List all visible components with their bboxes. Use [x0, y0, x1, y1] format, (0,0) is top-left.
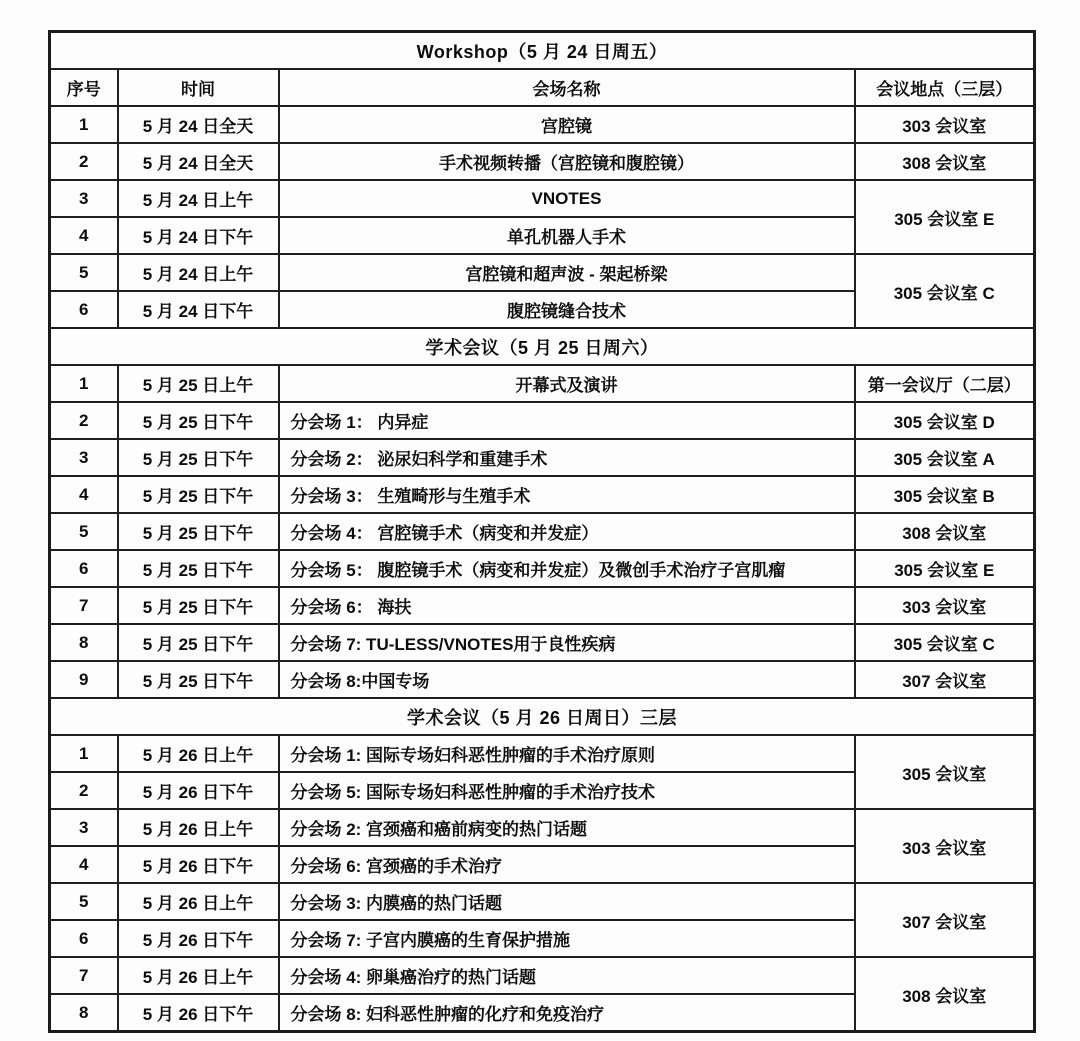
cell-time: 5 月 25 日下午	[118, 402, 279, 439]
cell-time: 5 月 24 日下午	[118, 291, 279, 328]
cell-venue: 305 会议室 C	[855, 624, 1035, 661]
table-row: 2 5 月 25 日下午 分会场 1： 内异症 305 会议室 D	[50, 402, 1035, 439]
table-row: 3 5 月 24 日上午 VNOTES 305 会议室 E	[50, 180, 1035, 217]
table-row: 2 5 月 24 日全天 手术视频转播（宫腔镜和腹腔镜） 308 会议室	[50, 143, 1035, 180]
cell-no: 2	[50, 772, 118, 809]
cell-name: 分会场 7: TU-LESS/VNOTES用于良性疾病	[279, 624, 855, 661]
table-row: 3 5 月 26 日上午 分会场 2: 宫颈癌和癌前病变的热门话题 303 会议…	[50, 809, 1035, 846]
cell-name: 宫腔镜	[279, 106, 855, 143]
table-row: 3 5 月 25 日下午 分会场 2： 泌尿妇科学和重建手术 305 会议室 A	[50, 439, 1035, 476]
cell-time: 5 月 26 日上午	[118, 735, 279, 772]
cell-venue: 305 会议室 E	[855, 550, 1035, 587]
cell-name: 分会场 7: 子宫内膜癌的生育保护措施	[279, 920, 855, 957]
cell-time: 5 月 25 日下午	[118, 587, 279, 624]
col-header-name: 会场名称	[279, 69, 855, 106]
cell-name: 分会场 3： 生殖畸形与生殖手术	[279, 476, 855, 513]
col-header-location: 会议地点（三层）	[855, 69, 1035, 106]
section-title-row: 学术会议（5 月 25 日周六）	[50, 328, 1035, 365]
col-header-no: 序号	[50, 69, 118, 106]
table-row: 1 5 月 25 日上午 开幕式及演讲 第一会议厅（二层）	[50, 365, 1035, 402]
table-row: 1 5 月 24 日全天 宫腔镜 303 会议室	[50, 106, 1035, 143]
cell-venue: 308 会议室	[855, 957, 1035, 1032]
cell-name: 分会场 6: 宫颈癌的手术治疗	[279, 846, 855, 883]
cell-no: 8	[50, 624, 118, 661]
cell-no: 6	[50, 920, 118, 957]
cell-no: 9	[50, 661, 118, 698]
table-row: 6 5 月 25 日下午 分会场 5： 腹腔镜手术（病变和并发症）及微创手术治疗…	[50, 550, 1035, 587]
cell-no: 1	[50, 106, 118, 143]
table-row: 8 5 月 25 日下午 分会场 7: TU-LESS/VNOTES用于良性疾病…	[50, 624, 1035, 661]
cell-no: 5	[50, 254, 118, 291]
cell-name: 分会场 4: 卵巢癌治疗的热门话题	[279, 957, 855, 994]
section-title: Workshop（5 月 24 日周五）	[50, 32, 1035, 70]
cell-time: 5 月 26 日下午	[118, 772, 279, 809]
cell-no: 2	[50, 402, 118, 439]
table-row: 5 5 月 24 日上午 宫腔镜和超声波 - 架起桥梁 305 会议室 C	[50, 254, 1035, 291]
table-row: 5 5 月 25 日下午 分会场 4： 宫腔镜手术（病变和并发症） 308 会议…	[50, 513, 1035, 550]
cell-no: 3	[50, 180, 118, 217]
cell-name: 分会场 1: 国际专场妇科恶性肿瘤的手术治疗原则	[279, 735, 855, 772]
cell-venue: 307 会议室	[855, 661, 1035, 698]
cell-no: 7	[50, 587, 118, 624]
cell-no: 6	[50, 291, 118, 328]
cell-time: 5 月 26 日下午	[118, 920, 279, 957]
cell-time: 5 月 26 日上午	[118, 883, 279, 920]
cell-no: 1	[50, 365, 118, 402]
section-title: 学术会议（5 月 26 日周日）三层	[50, 698, 1035, 735]
cell-no: 6	[50, 550, 118, 587]
cell-no: 1	[50, 735, 118, 772]
header-row: 序号 时间 会场名称 会议地点（三层）	[50, 69, 1035, 106]
cell-name: 分会场 1： 内异症	[279, 402, 855, 439]
cell-time: 5 月 26 日下午	[118, 846, 279, 883]
table-row: 5 5 月 26 日上午 分会场 3: 内膜癌的热门话题 307 会议室	[50, 883, 1035, 920]
cell-no: 4	[50, 846, 118, 883]
cell-venue: 第一会议厅（二层）	[855, 365, 1035, 402]
cell-name: 腹腔镜缝合技术	[279, 291, 855, 328]
cell-no: 7	[50, 957, 118, 994]
cell-name: 分会场 3: 内膜癌的热门话题	[279, 883, 855, 920]
cell-venue: 305 会议室 D	[855, 402, 1035, 439]
cell-no: 2	[50, 143, 118, 180]
cell-name: 分会场 8: 妇科恶性肿瘤的化疗和免疫治疗	[279, 994, 855, 1032]
cell-venue: 305 会议室 C	[855, 254, 1035, 328]
cell-name: 分会场 4： 宫腔镜手术（病变和并发症）	[279, 513, 855, 550]
cell-name: 单孔机器人手术	[279, 217, 855, 254]
cell-time: 5 月 25 日下午	[118, 661, 279, 698]
cell-no: 3	[50, 439, 118, 476]
cell-venue: 305 会议室 B	[855, 476, 1035, 513]
cell-time: 5 月 26 日上午	[118, 809, 279, 846]
cell-time: 5 月 24 日上午	[118, 254, 279, 291]
cell-name: VNOTES	[279, 180, 855, 217]
cell-venue: 305 会议室 E	[855, 180, 1035, 254]
cell-time: 5 月 25 日上午	[118, 365, 279, 402]
col-header-time: 时间	[118, 69, 279, 106]
section-title-row: 学术会议（5 月 26 日周日）三层	[50, 698, 1035, 735]
cell-venue: 303 会议室	[855, 106, 1035, 143]
cell-time: 5 月 25 日下午	[118, 513, 279, 550]
cell-name: 分会场 5： 腹腔镜手术（病变和并发症）及微创手术治疗子宫肌瘤	[279, 550, 855, 587]
cell-time: 5 月 25 日下午	[118, 476, 279, 513]
cell-time: 5 月 26 日上午	[118, 957, 279, 994]
cell-time: 5 月 24 日全天	[118, 106, 279, 143]
cell-venue: 305 会议室	[855, 735, 1035, 809]
table-row: 7 5 月 25 日下午 分会场 6： 海扶 303 会议室	[50, 587, 1035, 624]
cell-venue: 303 会议室	[855, 809, 1035, 883]
cell-no: 8	[50, 994, 118, 1032]
table-row: 9 5 月 25 日下午 分会场 8:中国专场 307 会议室	[50, 661, 1035, 698]
cell-time: 5 月 24 日下午	[118, 217, 279, 254]
cell-name: 分会场 2： 泌尿妇科学和重建手术	[279, 439, 855, 476]
table-row: 1 5 月 26 日上午 分会场 1: 国际专场妇科恶性肿瘤的手术治疗原则 30…	[50, 735, 1035, 772]
cell-no: 5	[50, 513, 118, 550]
table-row: 4 5 月 25 日下午 分会场 3： 生殖畸形与生殖手术 305 会议室 B	[50, 476, 1035, 513]
conference-schedule-table: Workshop（5 月 24 日周五） 序号 时间 会场名称 会议地点（三层）…	[48, 30, 1036, 1033]
cell-name: 手术视频转播（宫腔镜和腹腔镜）	[279, 143, 855, 180]
cell-no: 3	[50, 809, 118, 846]
cell-name: 分会场 8:中国专场	[279, 661, 855, 698]
cell-name: 分会场 5: 国际专场妇科恶性肿瘤的手术治疗技术	[279, 772, 855, 809]
cell-name: 分会场 6： 海扶	[279, 587, 855, 624]
cell-no: 4	[50, 476, 118, 513]
cell-time: 5 月 25 日下午	[118, 624, 279, 661]
cell-venue: 308 会议室	[855, 513, 1035, 550]
cell-name: 分会场 2: 宫颈癌和癌前病变的热门话题	[279, 809, 855, 846]
cell-venue: 308 会议室	[855, 143, 1035, 180]
cell-time: 5 月 25 日下午	[118, 439, 279, 476]
cell-time: 5 月 24 日全天	[118, 143, 279, 180]
cell-time: 5 月 25 日下午	[118, 550, 279, 587]
table-row: 7 5 月 26 日上午 分会场 4: 卵巢癌治疗的热门话题 308 会议室	[50, 957, 1035, 994]
cell-venue: 307 会议室	[855, 883, 1035, 957]
cell-no: 4	[50, 217, 118, 254]
cell-time: 5 月 26 日下午	[118, 994, 279, 1032]
schedule-page: Workshop（5 月 24 日周五） 序号 时间 会场名称 会议地点（三层）…	[0, 0, 1080, 1041]
cell-venue: 303 会议室	[855, 587, 1035, 624]
cell-time: 5 月 24 日上午	[118, 180, 279, 217]
cell-name: 开幕式及演讲	[279, 365, 855, 402]
section-title-row: Workshop（5 月 24 日周五）	[50, 32, 1035, 70]
cell-name: 宫腔镜和超声波 - 架起桥梁	[279, 254, 855, 291]
cell-no: 5	[50, 883, 118, 920]
cell-venue: 305 会议室 A	[855, 439, 1035, 476]
section-title: 学术会议（5 月 25 日周六）	[50, 328, 1035, 365]
